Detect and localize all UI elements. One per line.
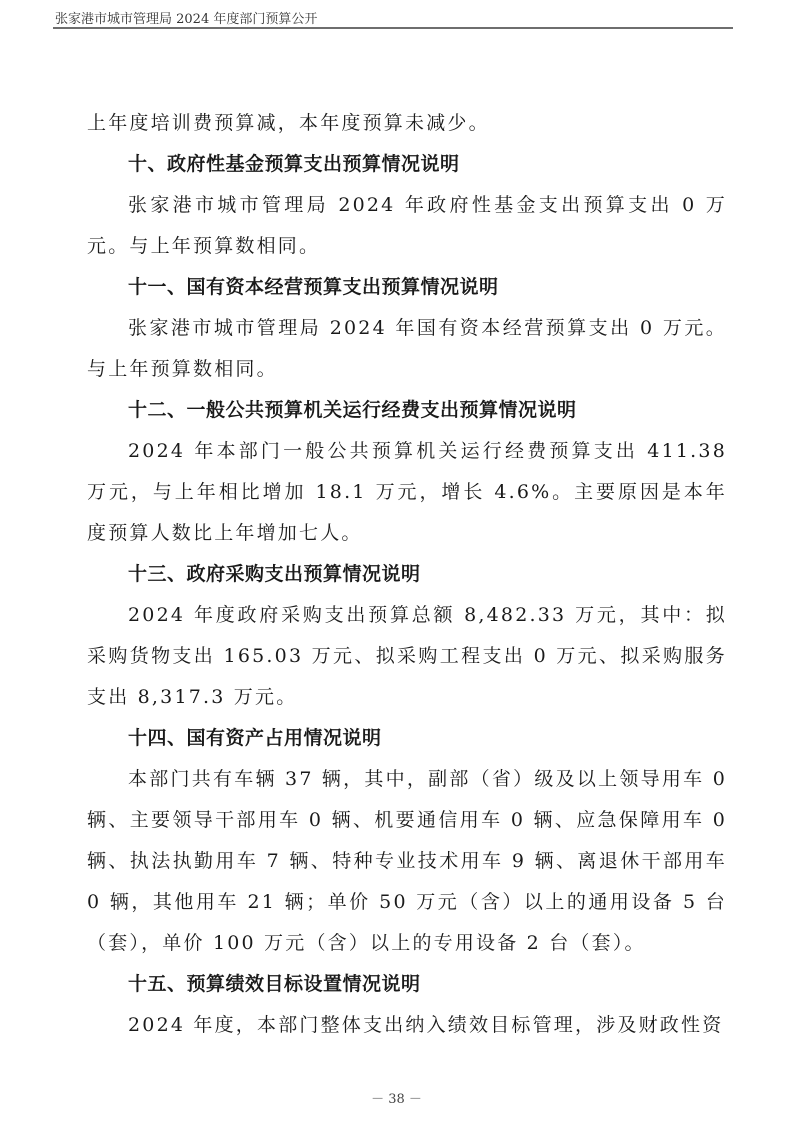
section-heading-15: 十五、预算绩效目标设置情况说明 [87,964,727,1005]
section-heading-11: 十一、国有资本经营预算支出预算情况说明 [87,267,727,308]
paragraph-operating-costs: 2024 年本部门一般公共预算机关运行经费预算支出 411.38 万元，与上年相… [87,431,727,554]
paragraph-training-fee: 上年度培训费预算减，本年度预算未减少。 [87,103,727,144]
running-header: 张家港市城市管理局 2024 年度部门预算公开 [55,8,317,27]
paragraph-procurement: 2024 年度政府采购支出预算总额 8,482.33 万元，其中：拟采购货物支出… [87,595,727,718]
section-heading-12: 十二、一般公共预算机关运行经费支出预算情况说明 [87,390,727,431]
section-heading-13: 十三、政府采购支出预算情况说明 [87,554,727,595]
section-heading-10: 十、政府性基金预算支出预算情况说明 [87,144,727,185]
paragraph-performance-targets: 2024 年度，本部门整体支出纳入绩效目标管理，涉及财政性资 [87,1005,727,1046]
paragraph-state-assets: 本部门共有车辆 37 辆，其中，副部（省）级及以上领导用车 0 辆、主要领导干部… [87,759,727,964]
section-heading-14: 十四、国有资产占用情况说明 [87,718,727,759]
paragraph-gov-fund: 张家港市城市管理局 2024 年政府性基金支出预算支出 0 万元。与上年预算数相… [87,185,727,267]
paragraph-state-capital: 张家港市城市管理局 2024 年国有资本经营预算支出 0 万元。与上年预算数相同… [87,308,727,390]
header-divider [53,27,733,29]
page-number: － 38 － [0,1088,793,1107]
document-body: 上年度培训费预算减，本年度预算未减少。 十、政府性基金预算支出预算情况说明 张家… [87,103,727,1046]
